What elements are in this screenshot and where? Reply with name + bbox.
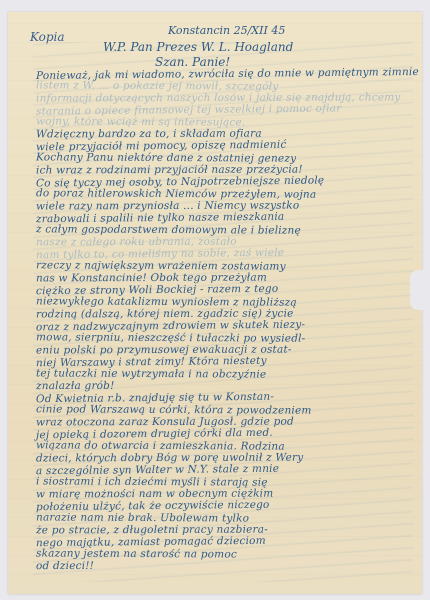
letter-line: narazie nam nie brak. Ubolewam tylko — [36, 511, 249, 524]
salutation: Szan. Panie! — [155, 55, 230, 69]
letter-line: tej tułaczki nie wytrzymała i na obczyźn… — [36, 367, 266, 380]
letter-line: Kochany Panu niektóre dane z ostatniej g… — [36, 151, 296, 164]
letter-line: niezwykłego kataklizmu wyniosłem z najbl… — [36, 295, 297, 308]
copy-label: Kopia — [30, 30, 65, 44]
paper-tear — [410, 270, 424, 310]
letter-line: wiązana do otwarcia i zamieszkania. Rodz… — [36, 439, 285, 452]
letter-line: informacji dotyczących naszych losów i j… — [36, 91, 401, 104]
letter-line: wojny, które wciąż mi są interesujące. — [36, 115, 246, 128]
letter-paper: Kopia Konstancin 25/XII 45 W.P. Pan Prez… — [8, 12, 422, 594]
letter-line: znalazła grób! — [36, 380, 115, 392]
letter-line: nasze z całego roku ubrania, zostało — [36, 236, 237, 249]
letter-line: i siostrami i ich dziećmi myśli i staraj… — [36, 475, 268, 488]
letter-line: rzeczy z największym wrażeniem zostawiam… — [36, 259, 286, 272]
letter-line: listem z W. ... o pokazie jej mowił, szc… — [36, 79, 278, 92]
letter-line: z całym gospodarstwem domowym ale i biel… — [36, 223, 301, 236]
addressee: W.P. Pan Prezes W. L. Hoagland — [103, 40, 293, 54]
place-date: Konstancin 25/XII 45 — [168, 24, 285, 37]
letter-line: od dzieci!! — [36, 560, 94, 572]
letter-line: skazany jestem na starość na pomoc — [36, 547, 237, 560]
